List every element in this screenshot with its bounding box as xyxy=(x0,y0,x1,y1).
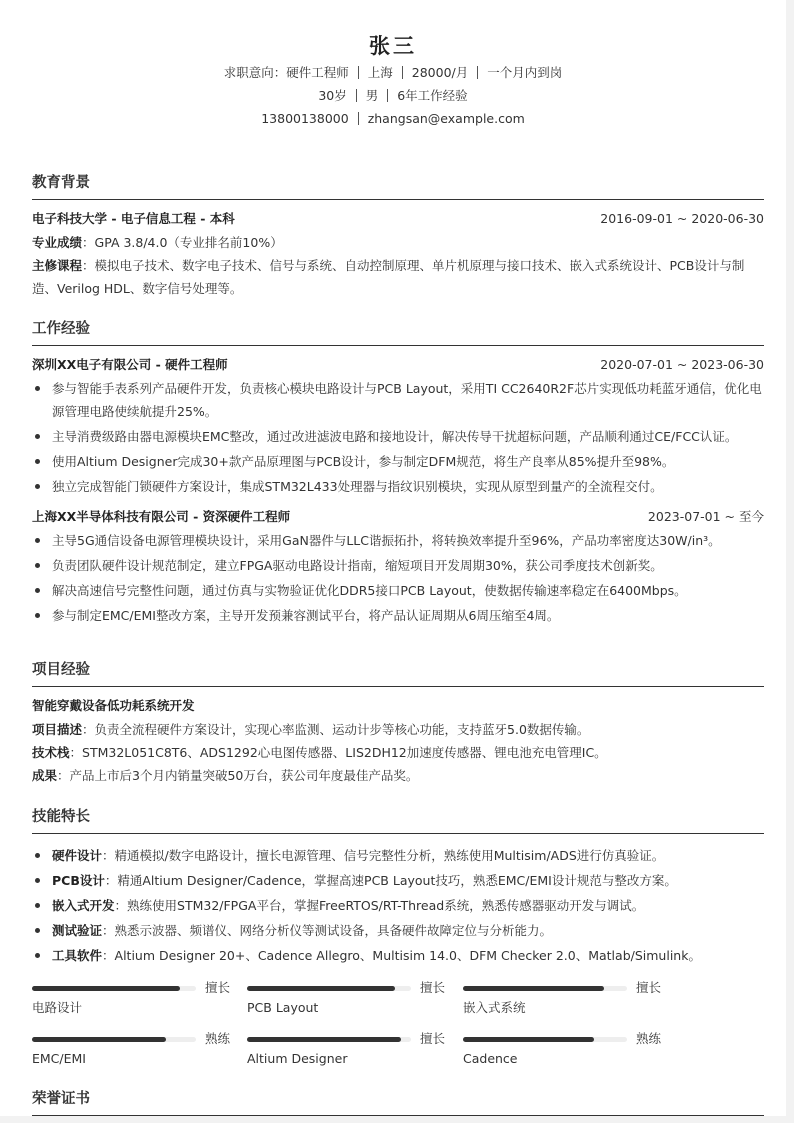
job-head: 深圳XX电子有限公司 - 硬件工程师 2020-07-01 ~ 2023-06-… xyxy=(32,352,764,377)
bullet-item: 主导5G通信设备电源管理模块设计，采用GaN器件与LLC谐振拓扑，将转换效率提升… xyxy=(32,529,764,552)
project-desc-text: ：负责全流程硬件方案设计，实现心率监测、运动计步等核心功能，支持蓝牙5.0数据传… xyxy=(82,722,589,737)
divider xyxy=(402,66,403,79)
skill-bullet: 工具软件：Altium Designer 20+、Cadence Allegro… xyxy=(32,944,764,967)
bullet-item: 参与制定EMC/EMI整改方案，主导开发预兼容测试平台，将产品认证周期从6周压缩… xyxy=(32,604,764,627)
skill-name: 嵌入式系统 xyxy=(463,999,526,1017)
skill-label: PCB设计 xyxy=(52,873,105,888)
skill-level: 擅长 xyxy=(205,979,230,997)
gpa-label: 专业成绩 xyxy=(32,235,82,250)
section-title-skills: 技能特长 xyxy=(32,806,764,834)
job-company-role: 上海XX半导体科技有限公司 - 资深硬件工程师 xyxy=(32,504,290,529)
project-result-line: 成果：产品上市后3个月内销量突破50万台，获公司年度最佳产品奖。 xyxy=(32,764,764,787)
skill-bar-item: 擅长 Altium Designer xyxy=(247,1031,452,1071)
skill-name: EMC/EMI xyxy=(32,1050,86,1068)
divider xyxy=(477,66,478,79)
bullet-item: 主导消费级路由器电源模块EMC整改，通过改进滤波电路和接地设计，解决传导干扰超标… xyxy=(32,425,764,448)
skill-bar-fill xyxy=(32,986,180,991)
bullet-item: 参与智能手表系列产品硬件开发，负责核心模块电路设计与PCB Layout，采用T… xyxy=(32,377,764,423)
courses-text: ：模拟电子技术、数字电子技术、信号与系统、自动控制原理、单片机原理与接口技术、嵌… xyxy=(32,258,744,296)
divider xyxy=(358,66,359,79)
skill-bar-item: 擅长 嵌入式系统 xyxy=(463,980,668,1020)
project-result-text: ：产品上市后3个月内销量突破50万台，获公司年度最佳产品奖。 xyxy=(57,768,418,783)
project-desc-line: 项目描述：负责全流程硬件方案设计，实现心率监测、运动计步等核心功能，支持蓝牙5.… xyxy=(32,718,764,741)
project-stack-text: ：STM32L051C8T6、ADS1292心电图传感器、LIS2DH12加速度… xyxy=(70,745,607,760)
education-entry-head: 电子科技大学 - 电子信息工程 - 本科 2016-09-01 ~ 2020-0… xyxy=(32,206,764,231)
bullet-item: 解决高速信号完整性问题，通过仿真与实物验证优化DDR5接口PCB Layout，… xyxy=(32,579,764,602)
skills-section: 技能特长 硬件设计：精通模拟/数字电路设计，擅长电源管理、信号完整性分析，熟练使… xyxy=(32,806,764,969)
job-company-role: 深圳XX电子有限公司 - 硬件工程师 xyxy=(32,352,228,377)
skill-text: ：精通模拟/数字电路设计，擅长电源管理、信号完整性分析，熟练使用Multisim… xyxy=(102,848,664,863)
skill-label: 硬件设计 xyxy=(52,848,102,863)
skill-bar-fill xyxy=(32,1037,166,1042)
skill-level: 擅长 xyxy=(420,1030,445,1048)
skill-bar-track xyxy=(32,1037,196,1042)
skill-label: 嵌入式开发 xyxy=(52,898,115,913)
work-section: 工作经验 深圳XX电子有限公司 - 硬件工程师 2020-07-01 ~ 202… xyxy=(32,318,764,629)
project-stack-line: 技术栈：STM32L051C8T6、ADS1292心电图传感器、LIS2DH12… xyxy=(32,741,764,764)
job-date: 2020-07-01 ~ 2023-06-30 xyxy=(600,352,764,377)
resume-page: 张三 求职意向：硬件工程师上海28000/月一个月内到岗 30岁男6年工作经验 … xyxy=(0,0,786,1116)
section-title-education: 教育背景 xyxy=(32,172,764,200)
skills-bullets: 硬件设计：精通模拟/数字电路设计，擅长电源管理、信号完整性分析，熟练使用Mult… xyxy=(32,844,764,967)
location: 上海 xyxy=(368,65,393,80)
skill-bar-item: 擅长 电路设计 xyxy=(32,980,237,1020)
bullet-item: 独立完成智能门锁硬件方案设计，集成STM32L433处理器与指纹识别模块，实现从… xyxy=(32,475,764,498)
phone: 13800138000 xyxy=(261,111,348,126)
availability: 一个月内到岗 xyxy=(487,65,562,80)
skill-bar-track xyxy=(463,1037,627,1042)
contact-line: 13800138000zhangsan@example.com xyxy=(0,107,786,130)
skill-bar-track xyxy=(247,986,411,991)
skill-bullet: 硬件设计：精通模拟/数字电路设计，擅长电源管理、信号完整性分析，熟练使用Mult… xyxy=(32,844,764,867)
project-result-label: 成果 xyxy=(32,768,57,783)
skill-bullet: 测试验证：熟悉示波器、频谱仪、网络分析仪等测试设备，具备硬件故障定位与分析能力。 xyxy=(32,919,764,942)
job-intent-line: 求职意向：硬件工程师上海28000/月一个月内到岗 xyxy=(0,61,786,84)
bullet-item: 负责团队硬件设计规范制定，建立FPGA驱动电路设计指南，缩短项目开发周期30%，… xyxy=(32,554,764,577)
school-degree: 电子科技大学 - 电子信息工程 - 本科 xyxy=(32,206,235,231)
skill-text: ：熟悉示波器、频谱仪、网络分析仪等测试设备，具备硬件故障定位与分析能力。 xyxy=(102,923,552,938)
divider xyxy=(387,89,388,102)
job-bullets: 参与智能手表系列产品硬件开发，负责核心模块电路设计与PCB Layout，采用T… xyxy=(32,377,764,498)
skill-level: 熟练 xyxy=(205,1030,230,1048)
skill-text: ：Altium Designer 20+、Cadence Allegro、Mul… xyxy=(102,948,701,963)
honors-section: 荣誉证书 xyxy=(32,1088,764,1116)
bullet-item: 使用Altium Designer完成30+款产品原理图与PCB设计，参与制定D… xyxy=(32,450,764,473)
experience-years: 6年工作经验 xyxy=(397,88,467,103)
basic-info-line: 30岁男6年工作经验 xyxy=(0,84,786,107)
skill-bullet: 嵌入式开发：熟练使用STM32/FPGA平台，掌握FreeRTOS/RT-Thr… xyxy=(32,894,764,917)
job-date: 2023-07-01 ~ 至今 xyxy=(648,504,764,529)
courses-label: 主修课程 xyxy=(32,258,82,273)
skill-bar-track xyxy=(463,986,627,991)
gpa-line: 专业成绩：GPA 3.8/4.0（专业排名前10%） xyxy=(32,231,764,254)
skill-name: Cadence xyxy=(463,1050,518,1068)
divider xyxy=(358,112,359,125)
resume-header: 张三 求职意向：硬件工程师上海28000/月一个月内到岗 30岁男6年工作经验 … xyxy=(0,0,786,130)
skill-bar-fill xyxy=(247,986,395,991)
skill-label: 测试验证 xyxy=(52,923,102,938)
skill-bar-fill xyxy=(463,986,604,991)
job-bullets: 主导5G通信设备电源管理模块设计，采用GaN器件与LLC谐振拓扑，将转换效率提升… xyxy=(32,529,764,627)
divider xyxy=(356,89,357,102)
projects-section: 项目经验 智能穿戴设备低功耗系统开发 项目描述：负责全流程硬件方案设计，实现心率… xyxy=(32,659,764,787)
project-name: 智能穿戴设备低功耗系统开发 xyxy=(32,693,195,718)
skill-level: 熟练 xyxy=(636,1030,661,1048)
skill-bar-fill xyxy=(247,1037,401,1042)
education-date: 2016-09-01 ~ 2020-06-30 xyxy=(600,206,764,231)
skill-level: 擅长 xyxy=(636,979,661,997)
project-stack-label: 技术栈 xyxy=(32,745,70,760)
skill-bullet: PCB设计：精通Altium Designer/Cadence，掌握高速PCB … xyxy=(32,869,764,892)
skill-name: Altium Designer xyxy=(247,1050,347,1068)
skill-name: PCB Layout xyxy=(247,999,318,1017)
skill-label: 工具软件 xyxy=(52,948,102,963)
section-title-work: 工作经验 xyxy=(32,318,764,346)
skill-text: ：精通Altium Designer/Cadence，掌握高速PCB Layou… xyxy=(105,873,677,888)
skill-bar-item: 熟练 Cadence xyxy=(463,1031,668,1071)
job-head: 上海XX半导体科技有限公司 - 资深硬件工程师 2023-07-01 ~ 至今 xyxy=(32,504,764,529)
skill-bar-item: 熟练 EMC/EMI xyxy=(32,1031,237,1071)
project-head: 智能穿戴设备低功耗系统开发 xyxy=(32,693,764,718)
skill-level: 擅长 xyxy=(420,979,445,997)
project-desc-label: 项目描述 xyxy=(32,722,82,737)
skill-bar-item: 擅长 PCB Layout xyxy=(247,980,452,1020)
skill-bar-track xyxy=(247,1037,411,1042)
email: zhangsan@example.com xyxy=(368,111,525,126)
education-section: 教育背景 电子科技大学 - 电子信息工程 - 本科 2016-09-01 ~ 2… xyxy=(32,172,764,300)
skill-bar-track xyxy=(32,986,196,991)
gpa-text: ：GPA 3.8/4.0（专业排名前10%） xyxy=(82,235,283,250)
candidate-name: 张三 xyxy=(0,31,786,61)
skill-bar-fill xyxy=(463,1037,594,1042)
skill-text: ：熟练使用STM32/FPGA平台，掌握FreeRTOS/RT-Thread系统… xyxy=(115,898,645,913)
section-title-honors: 荣誉证书 xyxy=(32,1088,764,1116)
age: 30岁 xyxy=(318,88,346,103)
skill-name: 电路设计 xyxy=(32,999,82,1017)
salary: 28000/月 xyxy=(412,65,468,80)
job-intent: 求职意向：硬件工程师 xyxy=(224,65,349,80)
section-title-projects: 项目经验 xyxy=(32,659,764,687)
courses-line: 主修课程：模拟电子技术、数字电子技术、信号与系统、自动控制原理、单片机原理与接口… xyxy=(32,254,764,300)
gender: 男 xyxy=(366,88,379,103)
